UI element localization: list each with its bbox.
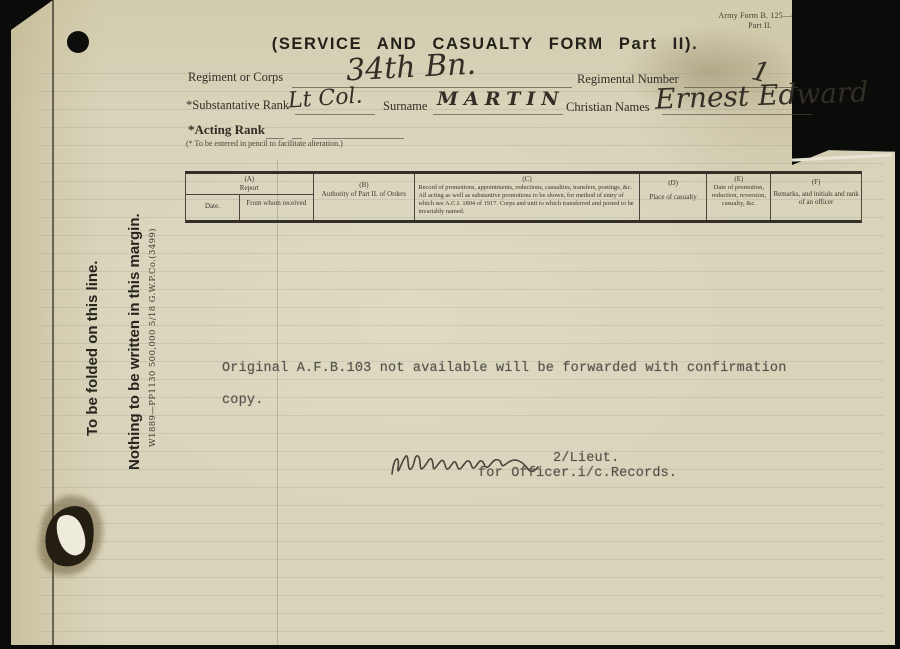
typed-line-2: copy. [222,393,264,408]
margin-instruction: Nothing to be written in this margin. [126,213,143,470]
subcolumn-date-label: Date. [186,202,239,210]
substantive-rank-value-handwriting: Lt Col. [287,83,363,113]
column-c-title: Record of promotions, appointments, redu… [415,184,638,216]
column-e-tag: (E) [707,175,770,184]
column-place: (D) Place of casualty [640,174,708,220]
column-f-title: Remarks, and initials and rank of an off… [771,187,861,207]
field-underline [295,113,375,115]
column-date: (E) Date of promotion, reduction, revers… [707,174,771,220]
subcolumn-from-whom-label: From whom received [240,199,313,207]
form-number-line2: Part II. [748,21,772,30]
column-a-tag: (A) [186,175,313,184]
regiment-label: Regiment or Corps [188,70,283,85]
field-underline [433,113,563,115]
christian-names-label: Christian Names [566,100,650,115]
form-title: (SERVICE AND CASUALTY FORM Part II). [255,35,715,54]
column-remarks: (F) Remarks, and initials and rank of an… [771,174,861,220]
column-c-tag: (C) [415,175,638,184]
column-f-tag: (F) [771,178,861,187]
signature-role: for Officer.i/c.Records. [478,466,677,481]
column-report-subheads: Date. From whom received [186,195,313,220]
signature-rank: 2/Lieut. [553,451,619,466]
column-report-head: (A) Report [186,175,313,195]
record-table-header: (A) Report Date. From whom received (B) … [185,171,862,223]
column-report: (A) Report Date. From whom received [186,174,314,220]
column-d-tag: (D) [640,179,707,188]
scanned-document: Army Form B. 125—41. Part II. (SERVICE A… [0,0,900,649]
acting-rank-label: *Acting Rank [188,122,265,138]
typed-line-1: Original A.F.B.103 not available will be… [222,361,787,376]
regiment-value-handwriting: 34th Bn. [345,47,477,89]
column-b-title: Authority of Part II. of Orders [314,190,415,198]
column-e-title: Date of promotion, reduction, reversion,… [707,184,770,208]
printer-code: W1889—PP1130 500,000 5/18 G.W.P.Co.(3499… [148,228,158,447]
column-record: (C) Record of promotions, appointments, … [415,174,639,220]
punch-hole [67,31,89,53]
form-number-line1: Army Form B. 125—41. [718,11,801,20]
column-d-title: Place of casualty [640,188,707,201]
column-a-title: Report [186,184,313,192]
surname-value-handwriting: MARTIN [437,88,565,110]
crease-line [277,160,278,645]
fold-instruction: To be folded on this line. [84,260,101,436]
column-authority: (B) Authority of Part II. of Orders [314,174,416,220]
subcolumn-from-whom: From whom received [240,195,313,220]
pencil-note: (* To be entered in pencil to facilitate… [186,139,343,148]
subcolumn-date: Date. [186,195,240,220]
substantive-rank-label: *Substantative Rank [186,98,289,113]
column-b-tag: (B) [314,181,415,190]
surname-label: Surname [383,99,427,114]
